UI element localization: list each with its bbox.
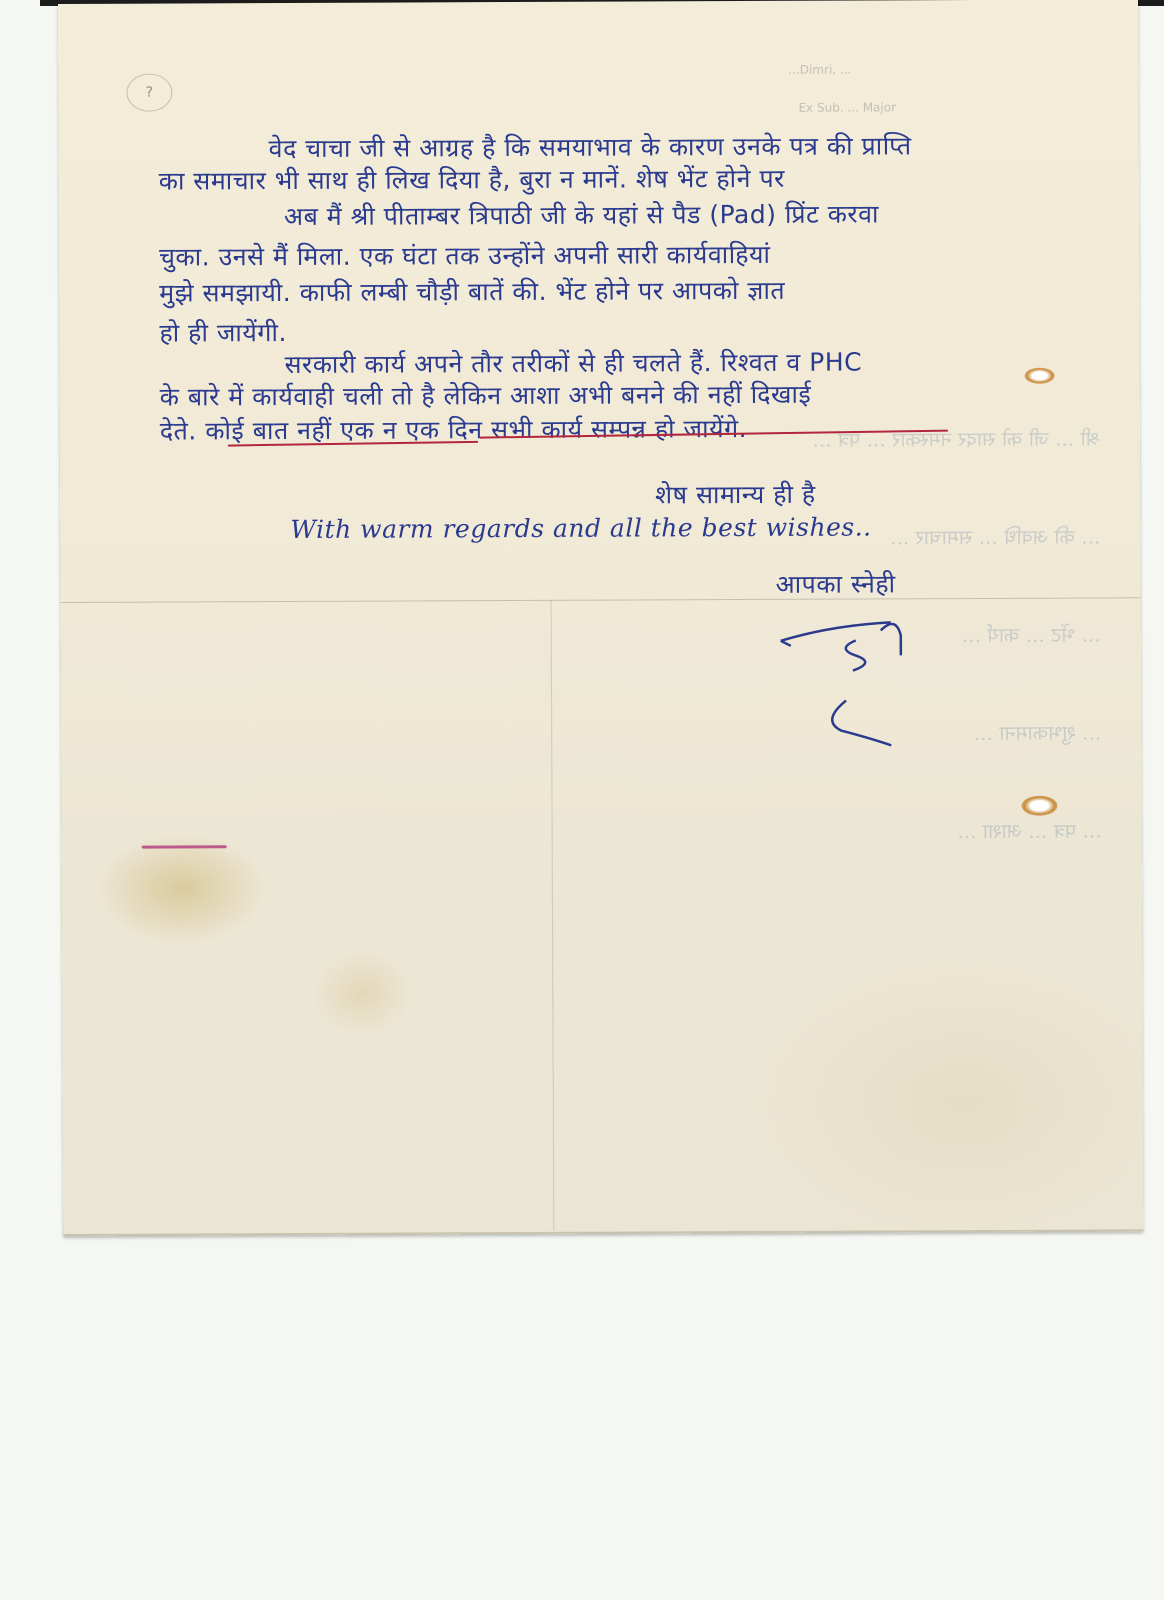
vertical-fold-line bbox=[551, 600, 555, 1230]
body-line-3: अब मैं श्री पीताम्बर त्रिपाठी जी के यहां… bbox=[284, 196, 879, 233]
signature bbox=[761, 610, 942, 751]
faint-letterhead-line-2: Ex Sub. ... Major bbox=[798, 100, 896, 114]
body-line-6: हो ही जायेंगी. bbox=[159, 315, 287, 350]
body-line-7: सरकारी कार्य अपने तौर तरीकों से ही चलते … bbox=[284, 344, 862, 381]
body-line-1: वेद चाचा जी से आग्रह है कि समयाभाव के का… bbox=[269, 128, 912, 165]
body-line-2: का समाचार भी साथ ही लिख दिया है, बुरा न … bbox=[159, 161, 785, 198]
page-number-mark: ? bbox=[126, 74, 172, 112]
letter-page: श्री ... जी को सादर नमस्कार ... पत्र ...… bbox=[58, 0, 1143, 1236]
bleed-line: ... शुभकामना ... bbox=[101, 713, 1101, 755]
bleed-line: ... भेंट ... कार्य ... bbox=[101, 615, 1101, 657]
bleed-line: ... पत्र ... आशा ... bbox=[102, 811, 1102, 853]
burn-hole-lower bbox=[1021, 796, 1057, 816]
horizontal-fold-line bbox=[61, 597, 1141, 603]
burn-hole-upper bbox=[1025, 368, 1055, 384]
body-line-4: चुका. उनसे मैं मिला. एक घंटा तक उन्होंने… bbox=[159, 237, 770, 274]
pink-ink-mark bbox=[142, 845, 227, 848]
body-line-5: मुझे समझायी. काफी लम्बी चौड़ी बातें की. … bbox=[159, 273, 785, 310]
faint-letterhead-line-1: ...Dimri, ... bbox=[788, 63, 851, 77]
valediction: आपका स्नेही bbox=[775, 566, 895, 601]
body-line-8: के बारे में कार्यवाही चली तो है लेकिन आश… bbox=[160, 377, 812, 414]
closing-hindi: शेष सामान्य ही है bbox=[655, 477, 816, 512]
closing-english: With warm regards and all the best wishe… bbox=[290, 512, 871, 544]
